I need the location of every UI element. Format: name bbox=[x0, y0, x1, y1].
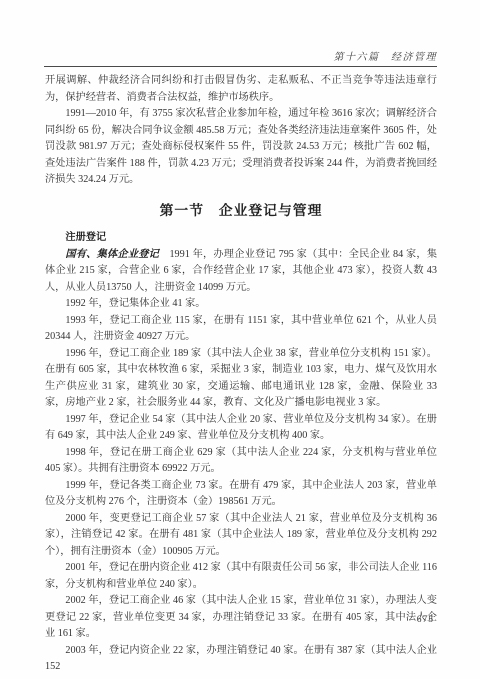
section-title: 第一节 企业登记与管理 bbox=[45, 203, 437, 220]
paragraph: 2001 年，登记在册内资企业 412 家（其中有限责任公司 56 家，非公司法… bbox=[45, 560, 437, 593]
document-page: 第十六篇 经济管理 开展调解、仲裁经济合同纠纷和打击假冒伪劣、走私贩私、不正当竞… bbox=[0, 0, 480, 679]
paragraph: 1996 年，登记工商企业 189 家（其中法人企业 38 家，营业单位分支机构… bbox=[45, 346, 437, 412]
page-number: 675 bbox=[417, 615, 434, 625]
running-header: 第十六篇 经济管理 bbox=[44, 48, 437, 63]
paragraph: 国有、集体企业登记 1991 年，办理企业登记 795 家（其中：全民企业 84… bbox=[45, 247, 437, 297]
paragraph: 1997 年，登记企业 54 家（其中法人企业 20 家、营业单位及分支机构 3… bbox=[45, 412, 437, 445]
paragraph: 2002 年，登记工商企业 46 家（其中法人企业 15 家，营业单位 31 家… bbox=[45, 593, 437, 643]
paragraph: 2003 年，登记内资企业 22 家，办理注销登记 40 家。在册有 387 家… bbox=[45, 643, 437, 676]
paragraph: 1991—2010 年，有 3755 家次私营企业参加年检，通过年检 3616 … bbox=[45, 106, 437, 189]
paragraph: 2000 年，变更登记工商企业 57 家（其中企业法人 21 家，营业单位及分支… bbox=[45, 511, 437, 561]
runin-heading: 国有、集体企业登记 bbox=[65, 249, 159, 260]
paragraph: 开展调解、仲裁经济合同纠纷和打击假冒伪劣、走私贩私、不正当竞争等违法违章行为，保… bbox=[45, 73, 437, 106]
running-header-text: 第十六篇 经济管理 bbox=[334, 52, 438, 63]
paragraph: 1992 年，登记集体企业 41 家。 bbox=[45, 296, 437, 313]
paragraph: 1999 年，登记各类工商企业 73 家。在册有 479 家，其中企业法人 20… bbox=[45, 478, 437, 511]
header-rule bbox=[44, 66, 437, 67]
subsection-heading: 注册登记 bbox=[45, 230, 437, 247]
paragraph: 1993 年，登记工商企业 115 家，在册有 1151 家，其中营业单位 62… bbox=[45, 313, 437, 346]
page-body: 开展调解、仲裁经济合同纠纷和打击假冒伪劣、走私贩私、不正当竞争等违法违章行为，保… bbox=[45, 73, 437, 676]
paragraph: 1998 年，登记在册工商企业 629 家（其中法人企业 224 家，分支机构与… bbox=[45, 445, 437, 478]
